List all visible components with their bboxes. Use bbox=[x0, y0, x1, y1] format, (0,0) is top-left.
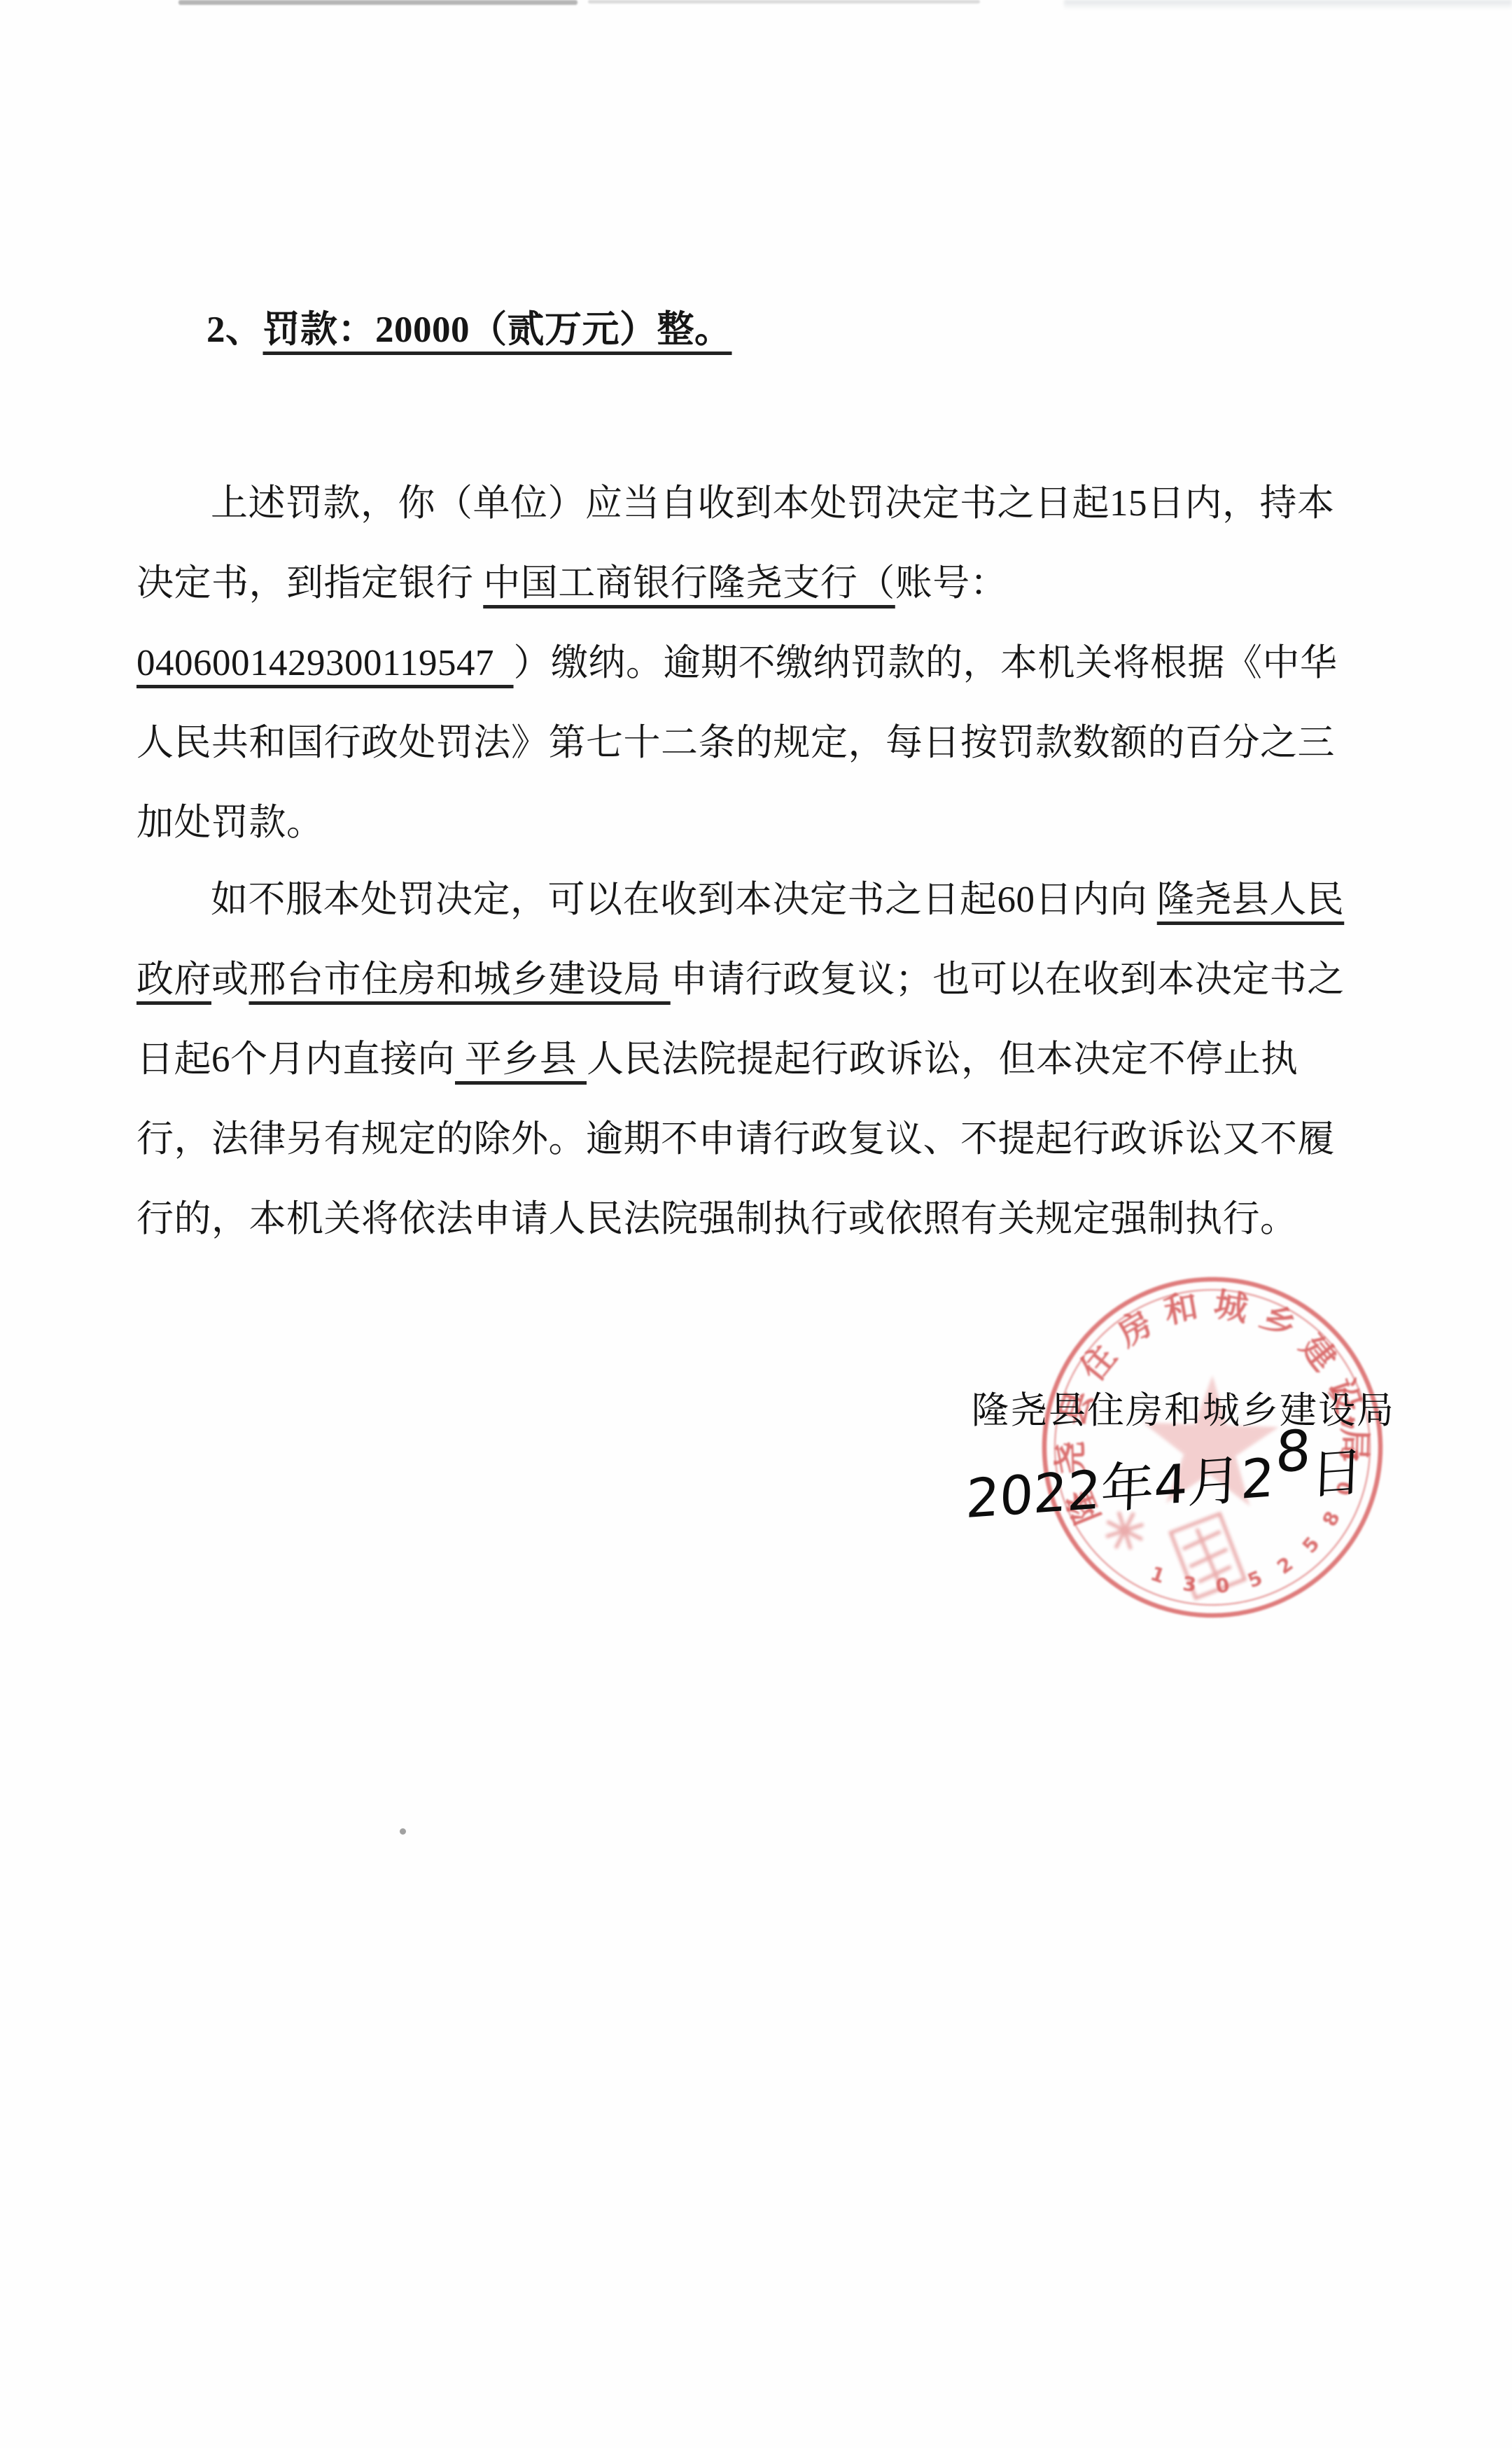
para2-line4: 行，法律另有规定的除外。逾期不申请行政复议、不提起行政诉讼又不履 bbox=[136, 1118, 1335, 1161]
penalty-amount-underlined: 罚款：20000（贰万元）整。 bbox=[263, 310, 732, 350]
scan-artifact-top-left bbox=[178, 0, 577, 5]
para1-line1: 上述罚款，你（单位）应当自收到本处罚决定书之日起15日内，持本 bbox=[211, 482, 1335, 525]
scanned-penalty-decision-page: { "page": { "background": "#fefefe", "in… bbox=[0, 0, 1512, 2448]
para1-line2: 决定书，到指定银行 中国工商银行隆尧支行（账号： bbox=[136, 562, 1007, 605]
penalty-item-number: 2、 bbox=[206, 310, 263, 350]
account-number-underlined: 0406001429300119547 bbox=[136, 643, 514, 683]
para1-line5: 加处罚款。 bbox=[136, 801, 324, 844]
scan-artifact-top-middle bbox=[588, 0, 980, 4]
para2-line1-pre: 如不服本处罚决定，可以在收到本决定书之日起60日内向 bbox=[211, 879, 1157, 920]
bank-name-underlined: 中国工商银行隆尧支行（ bbox=[483, 563, 895, 604]
review-authority-underlined-2: 政府 bbox=[136, 959, 211, 1000]
para1-line3-post: ）缴纳。逾期不缴纳罚款的，本机关将根据《中华 bbox=[514, 643, 1338, 683]
para2-line3: 日起6个月内直接向 平乡县 人民法院提起行政诉讼，但本决定不停止执 bbox=[136, 1038, 1298, 1081]
review-authority-underlined-3: 邢台市住房和城乡建设局 bbox=[249, 959, 671, 1000]
para1-line2-pre: 决定书，到指定银行 bbox=[136, 563, 483, 604]
para2-line5: 行的，本机关将依法申请人民法院强制执行或依照有关规定强制执行。 bbox=[136, 1197, 1298, 1241]
date-day-suffix: 日 bbox=[1309, 1440, 1364, 1506]
para2-line2-post: 申请行政复议；也可以在收到本决定书之 bbox=[671, 959, 1345, 1000]
review-authority-underlined-1: 隆尧县人民 bbox=[1157, 879, 1345, 920]
para2-line3-post: 人民法院提起行政诉讼，但本决定不停止执 bbox=[587, 1039, 1298, 1080]
date-inserted-digit: 8 bbox=[1274, 1417, 1312, 1485]
para1-line2-post: 账号： bbox=[895, 563, 1008, 604]
para2-line2-mid: 或 bbox=[211, 959, 249, 1000]
penalty-item-line: 2、罚款：20000（贰万元）整。 bbox=[206, 308, 732, 352]
para1-line3: 0406001429300119547 ）缴纳。逾期不缴纳罚款的，本机关将根据《… bbox=[136, 641, 1338, 685]
para2-line2: 政府或邢台市住房和城乡建设局 申请行政复议；也可以在收到本决定书之 bbox=[136, 958, 1345, 1001]
scan-artifact-top-right bbox=[1064, 0, 1512, 10]
issuing-agency-name: 隆尧县住房和城乡建设局 bbox=[972, 1381, 1395, 1434]
para2-line1: 如不服本处罚决定，可以在收到本决定书之日起60日内向 隆尧县人民 bbox=[211, 878, 1344, 922]
scan-speck bbox=[400, 1828, 406, 1835]
court-name-underlined: 平乡县 bbox=[455, 1039, 587, 1080]
para2-line3-pre: 日起6个月内直接向 bbox=[136, 1039, 455, 1080]
para1-line4: 人民共和国行政处罚法》第七十二条的规定，每日按罚款数额的百分之三 bbox=[136, 721, 1335, 765]
